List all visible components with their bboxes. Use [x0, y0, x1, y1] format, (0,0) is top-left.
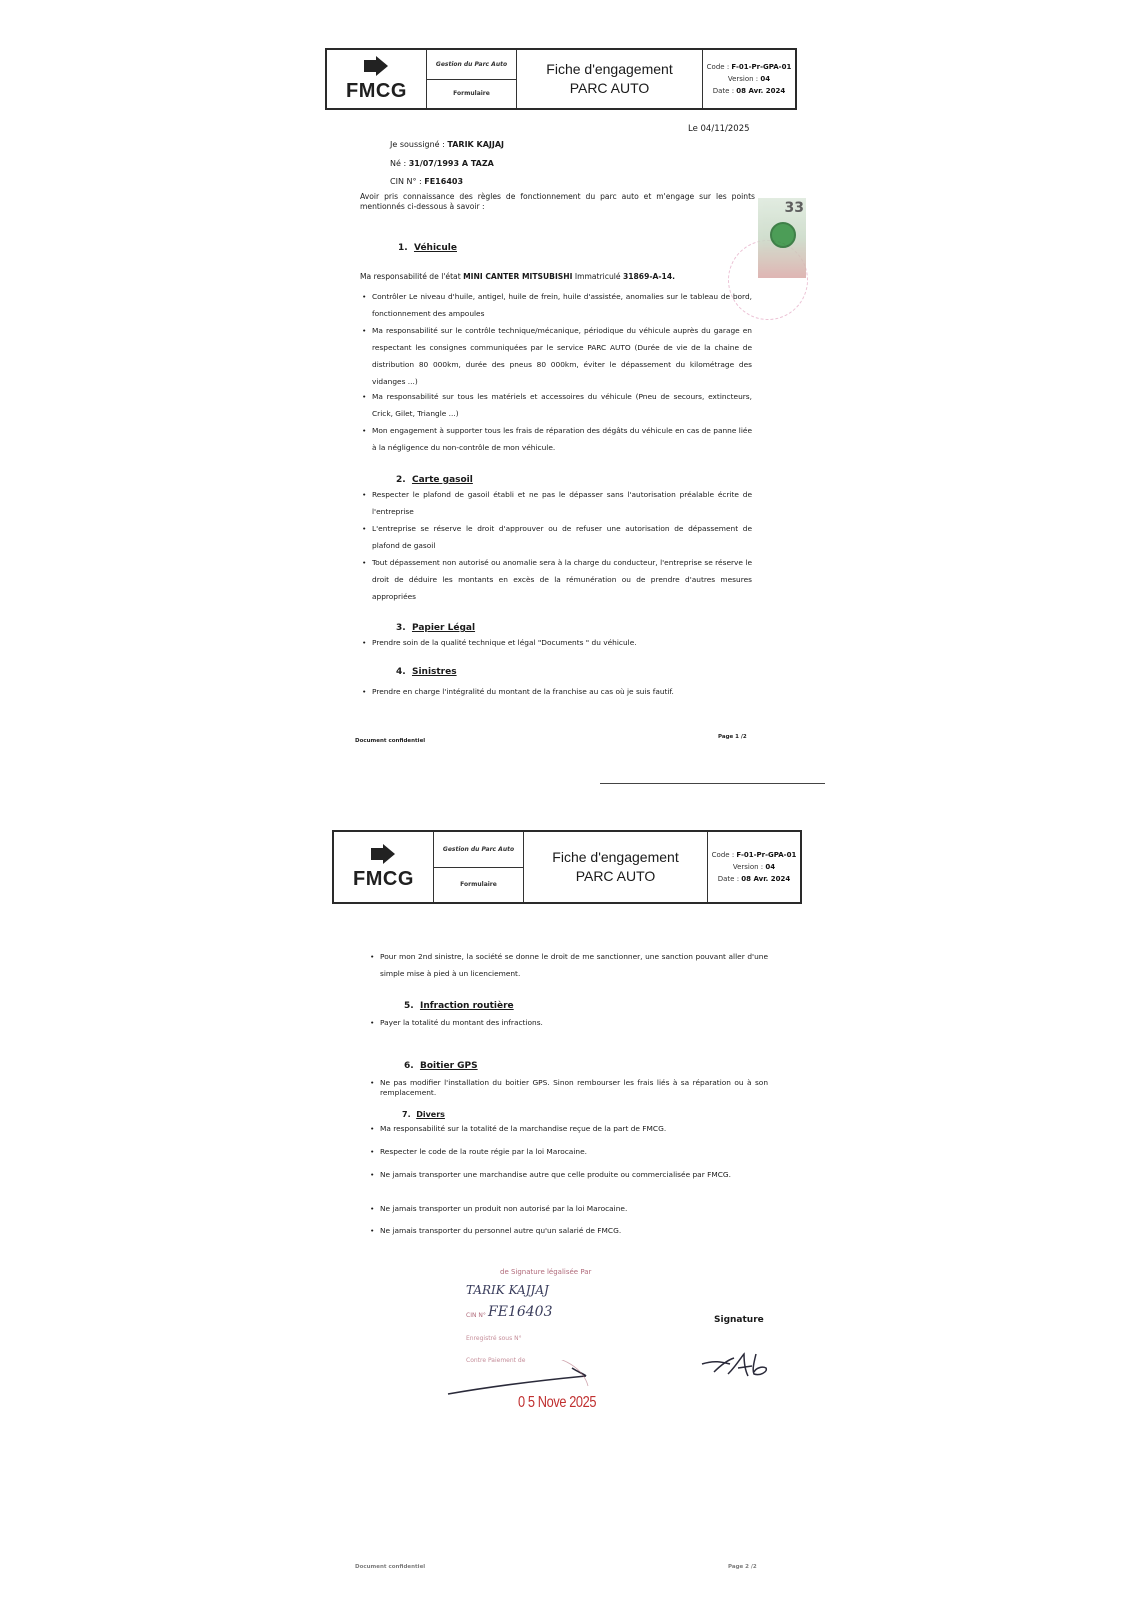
list-item: •Contrôler Le niveau d'huile, antigel, h… — [360, 288, 752, 322]
list-item-text: Ma responsabilité sur la totalité de la … — [380, 1124, 666, 1133]
cin-label: CIN N° : — [390, 177, 424, 186]
section-heading-infraction: 5. Infraction routière — [404, 998, 514, 1015]
footer-page-number: Page 2 /2 — [728, 1564, 757, 1570]
arrow-logo-icon — [364, 56, 390, 78]
list-item: •Tout dépassement non autorisé ou anomal… — [360, 554, 752, 605]
birth-line: Né : 31/07/1993 A TAZA — [390, 155, 494, 172]
footer-confidential: Document confidentiel — [355, 1564, 425, 1570]
list-item-text: Ne pas modifier l'installation du boitie… — [380, 1078, 768, 1097]
section-heading-gps: 6. Boitier GPS — [404, 1058, 478, 1075]
birth-value: 31/07/1993 A TAZA — [409, 159, 494, 168]
section-number: 5. — [404, 1001, 414, 1011]
form-title: Fiche d'engagement PARC AUTO — [517, 50, 703, 108]
list-item-text: Payer la totalité du montant des infract… — [380, 1018, 543, 1027]
version-label: Version : — [728, 75, 758, 83]
form-header: FMCG Gestion du Parc Auto Formulaire Fic… — [325, 48, 797, 110]
vehicle-responsibility-line: Ma responsabilité de l'état MINI CANTER … — [360, 268, 675, 285]
list-item-text: Ne jamais transporter du personnel autre… — [380, 1226, 621, 1235]
logo-text: FMCG — [346, 80, 407, 103]
header-classification: Gestion du Parc Auto Formulaire — [427, 50, 517, 108]
list-item: •Respecter le code de la route régie par… — [368, 1143, 768, 1160]
intro-paragraph: Avoir pris connaissance des règles de fo… — [360, 192, 755, 212]
signature-icon — [700, 1352, 772, 1382]
signatory-label: Je soussigné : — [390, 140, 447, 149]
company-logo: FMCG — [327, 50, 427, 108]
list-item: •Mon engagement à supporter tous les fra… — [360, 422, 752, 456]
form-title: Fiche d'engagement PARC AUTO — [524, 832, 708, 902]
footer-confidential: Document confidentiel — [355, 738, 425, 744]
section-title: Sinistres — [412, 667, 457, 677]
footer-page-number: Page 1 /2 — [718, 734, 747, 740]
birth-label: Né : — [390, 159, 409, 168]
form-title-line2: PARC AUTO — [576, 867, 656, 886]
list-item: •Ne pas modifier l'installation du boiti… — [368, 1078, 768, 1098]
fiscal-stamp-number: 33 — [785, 200, 804, 216]
signatory-name: TARIK KAJJAJ — [447, 140, 504, 149]
company-logo: FMCG — [334, 832, 434, 902]
form-title-line1: Fiche d'engagement — [552, 848, 678, 867]
list-item: •Ne jamais transporter un produit non au… — [368, 1200, 768, 1217]
section-title: Véhicule — [414, 243, 457, 253]
list-item-text: Mon engagement à supporter tous les frai… — [372, 426, 752, 452]
cin-line: CIN N° : FE16403 — [390, 173, 463, 190]
form-metadata: Code : F-01-Pr-GPA-01 Version : 04 Date … — [703, 50, 795, 108]
form-type-label: Formulaire — [427, 80, 516, 109]
list-item: •Ne jamais transporter une marchandise a… — [368, 1170, 768, 1180]
form-header: FMCG Gestion du Parc Auto Formulaire Fic… — [332, 830, 802, 904]
section-heading-vehicule: 1. Véhicule — [398, 240, 457, 257]
list-item: •Pour mon 2nd sinistre, la société se do… — [368, 948, 768, 982]
section-heading-sinistres: 4. Sinistres — [396, 664, 457, 681]
document-date: Le 04/11/2025 — [688, 121, 750, 138]
date-label: Date : — [713, 87, 734, 95]
list-item: •Ne jamais transporter du personnel autr… — [368, 1222, 768, 1239]
stamp-date: 0 5 Nove 2025 — [518, 1394, 596, 1412]
lead-text: Ma responsabilité de l'état — [360, 272, 463, 281]
date-label: Date : — [718, 875, 739, 883]
header-classification: Gestion du Parc Auto Formulaire — [434, 832, 524, 902]
list-item-text: Ne jamais transporter une marchandise au… — [380, 1170, 731, 1179]
code-value: F-01-Pr-GPA-01 — [736, 851, 796, 859]
form-type-label: Formulaire — [434, 868, 523, 903]
list-item-text: Ma responsabilité sur le contrôle techni… — [372, 326, 752, 386]
list-item: •Prendre en charge l'intégralité du mont… — [360, 683, 752, 700]
code-label: Code : — [707, 63, 730, 71]
fiscal-stamp: 33 — [758, 198, 806, 278]
signature-label: Signature — [714, 1312, 764, 1329]
arrow-logo-icon — [371, 844, 397, 866]
section-number: 1. — [398, 243, 408, 253]
version-value: 04 — [765, 863, 775, 871]
list-item: •Prendre soin de la qualité technique et… — [360, 634, 752, 651]
cin-value: FE16403 — [424, 177, 463, 186]
document-page-1: FMCG Gestion du Parc Auto Formulaire Fic… — [0, 0, 1131, 800]
logo-text: FMCG — [353, 868, 414, 891]
section-number: 7. — [402, 1110, 411, 1119]
form-metadata: Code : F-01-Pr-GPA-01 Version : 04 Date … — [708, 832, 800, 902]
list-item-text: Prendre en charge l'intégralité du monta… — [372, 687, 674, 696]
code-label: Code : — [712, 851, 735, 859]
version-value: 04 — [760, 75, 770, 83]
section-title: Infraction routière — [420, 1001, 514, 1011]
section-number: 4. — [396, 667, 406, 677]
list-item: •L'entreprise se réserve le droit d'appr… — [360, 520, 752, 554]
section-number: 6. — [404, 1061, 414, 1071]
list-item: •Ma responsabilité sur le contrôle techn… — [360, 322, 752, 390]
section-title: Boitier GPS — [420, 1061, 478, 1071]
list-item-text: Ma responsabilité sur tous les matériels… — [372, 392, 752, 418]
department-label: Gestion du Parc Auto — [434, 832, 523, 868]
date-value: 08 Avr. 2024 — [736, 87, 785, 95]
list-item-text: Tout dépassement non autorisé ou anomali… — [372, 558, 752, 601]
list-item: •Payer la totalité du montant des infrac… — [368, 1014, 768, 1031]
section-number: 3. — [396, 623, 406, 633]
page-bottom-rule — [600, 783, 825, 784]
form-title-line2: PARC AUTO — [570, 79, 650, 98]
form-title-line1: Fiche d'engagement — [546, 60, 672, 79]
list-item-text: Respecter le plafond de gasoil établi et… — [372, 490, 752, 516]
date-value: 08 Avr. 2024 — [741, 875, 790, 883]
handwritten-name: TARIK KAJJAJ — [466, 1283, 549, 1297]
green-seal-icon — [770, 222, 796, 248]
list-item-text: Pour mon 2nd sinistre, la société se don… — [380, 952, 768, 978]
list-item: •Ma responsabilité sur tous les matériel… — [360, 388, 752, 422]
list-item: •Ma responsabilité sur la totalité de la… — [368, 1120, 768, 1137]
list-item-text: Contrôler Le niveau d'huile, antigel, hu… — [372, 292, 752, 318]
list-item-text: Ne jamais transporter un produit non aut… — [380, 1204, 627, 1213]
version-label: Version : — [733, 863, 763, 871]
list-item-text: Prendre soin de la qualité technique et … — [372, 638, 637, 647]
section-title: Carte gasoil — [412, 475, 473, 485]
handwritten-cin: FE16403 — [488, 1304, 552, 1320]
section-title: Divers — [416, 1110, 445, 1119]
list-item-text: Respecter le code de la route régie par … — [380, 1147, 587, 1156]
section-title: Papier Légal — [412, 623, 475, 633]
signatory-line: Je soussigné : TARIK KAJJAJ — [390, 136, 504, 153]
list-item: •Respecter le plafond de gasoil établi e… — [360, 486, 752, 520]
section-number: 2. — [396, 475, 406, 485]
vehicle-plate: 31869-A-14. — [623, 272, 675, 281]
vehicle-model: MINI CANTER MITSUBISHI — [463, 272, 572, 281]
code-value: F-01-Pr-GPA-01 — [731, 63, 791, 71]
department-label: Gestion du Parc Auto — [427, 50, 516, 80]
list-item-text: L'entreprise se réserve le droit d'appro… — [372, 524, 752, 550]
lead-mid-text: Immatriculé — [572, 272, 623, 281]
